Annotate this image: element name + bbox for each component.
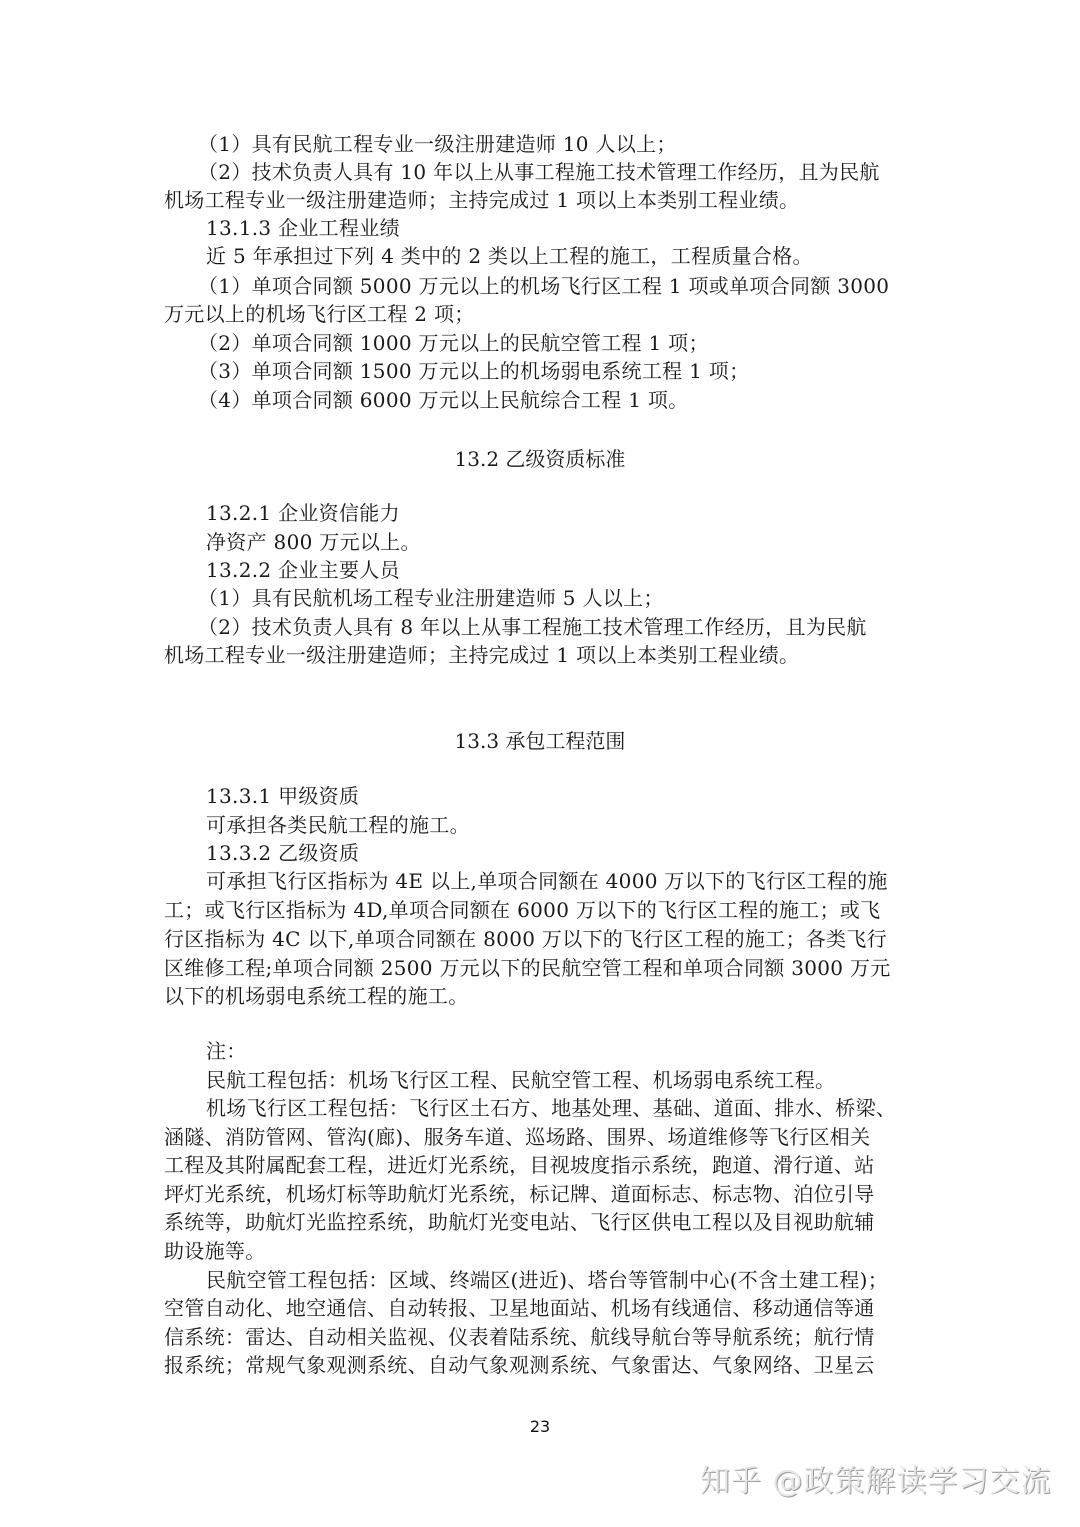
section-heading: 13.3 承包工程范围: [0, 727, 1080, 755]
text-line: 民航工程包括：机场飞行区工程、民航空管工程、机场弱电系统工程。: [206, 1066, 835, 1094]
text-line: 助设施等。: [164, 1237, 266, 1265]
page-number: 23: [0, 1417, 1080, 1437]
section-heading: 13.2 乙级资质标准: [0, 445, 1080, 473]
text-line: 机场工程专业一级注册建造师；主持完成过 1 项以上本类别工程业绩。: [164, 641, 799, 669]
text-line: （2）技术负责人具有 8 年以上从事工程施工技术管理工作经历，且为民航: [198, 613, 867, 641]
text-line: 系统等，助航灯光监控系统，助航灯光变电站、飞行区供电工程以及目视助航辅: [164, 1208, 875, 1236]
text-line: （1）具有民航工程专业一级注册建造师 10 人以上；: [198, 130, 677, 158]
text-line: （2）技术负责人具有 10 年以上从事工程施工技术管理工作经历，且为民航: [198, 158, 880, 186]
text-line: 区维修工程;单项合同额 2500 万元以下的民航空管工程和单项合同额 3000 …: [164, 954, 891, 982]
text-line: 信系统：雷达、自动相关监视、仪表着陆系统、航线导航台等导航系统；航行情: [164, 1323, 875, 1351]
text-line: 可承担飞行区指标为 4E 以上,单项合同额在 4000 万以下的飞行区工程的施: [206, 867, 888, 895]
text-line: 工程及其附属配套工程，进近灯光系统，目视坡度指示系统，跑道、滑行道、站: [164, 1151, 875, 1179]
text-line: 机场工程专业一级注册建造师；主持完成过 1 项以上本类别工程业绩。: [164, 186, 799, 214]
text-line: 13.3.1 甲级资质: [206, 782, 359, 810]
text-line: （1）具有民航机场工程专业注册建造师 5 人以上；: [198, 584, 664, 612]
text-line: 以下的机场弱电系统工程的施工。: [164, 982, 469, 1010]
text-line: 涵隧、消防管网、管沟(廊)、服务车道、巡场路、围界、场道维修等飞行区相关: [164, 1123, 870, 1151]
text-line: 行区指标为 4C 以下,单项合同额在 8000 万以下的飞行区工程的施工；各类飞…: [164, 925, 887, 953]
text-line: （4）单项合同额 6000 万元以上民航综合工程 1 项。: [198, 386, 688, 414]
text-line: 13.3.2 乙级资质: [206, 839, 359, 867]
text-line: 近 5 年承担过下列 4 类中的 2 类以上工程的施工，工程质量合格。: [206, 242, 813, 270]
text-line: 13.1.3 企业工程业绩: [206, 214, 400, 242]
text-line: 报系统；常规气象观测系统、自动气象观测系统、气象雷达、气象网络、卫星云: [164, 1351, 875, 1379]
text-line: 机场飞行区工程包括：飞行区土石方、地基处理、基础、道面、排水、桥梁、: [206, 1094, 896, 1122]
text-line: 可承担各类民航工程的施工。: [206, 811, 470, 839]
text-line: 坪灯光系统，机场灯标等助航灯光系统，标记牌、道面标志、标志物、泊位引导: [164, 1180, 875, 1208]
text-line: 注：: [206, 1037, 247, 1065]
watermark: 知乎 @政策解读学习交流: [700, 1464, 1052, 1500]
text-line: （1）单项合同额 5000 万元以上的机场飞行区工程 1 项或单项合同额 300…: [198, 272, 889, 300]
text-line: 13.2.2 企业主要人员: [206, 556, 400, 584]
text-line: 13.2.1 企业资信能力: [206, 499, 400, 527]
text-line: 万元以上的机场飞行区工程 2 项；: [164, 300, 475, 328]
text-line: （2）单项合同额 1000 万元以上的民航空管工程 1 项；: [198, 329, 709, 357]
text-line: 空管自动化、地空通信、自动转报、卫星地面站、机场有线通信、移动通信等通: [164, 1294, 875, 1322]
text-line: 净资产 800 万元以上。: [206, 528, 421, 556]
text-line: 民航空管工程包括：区域、终端区(进近)、塔台等管制中心(不含土建工程)；: [206, 1266, 888, 1294]
text-line: 工；或飞行区指标为 4D,单项合同额在 6000 万以下的飞行区工程的施工；或飞: [164, 896, 880, 924]
text-line: （3）单项合同额 1500 万元以上的机场弱电系统工程 1 项；: [198, 357, 749, 385]
